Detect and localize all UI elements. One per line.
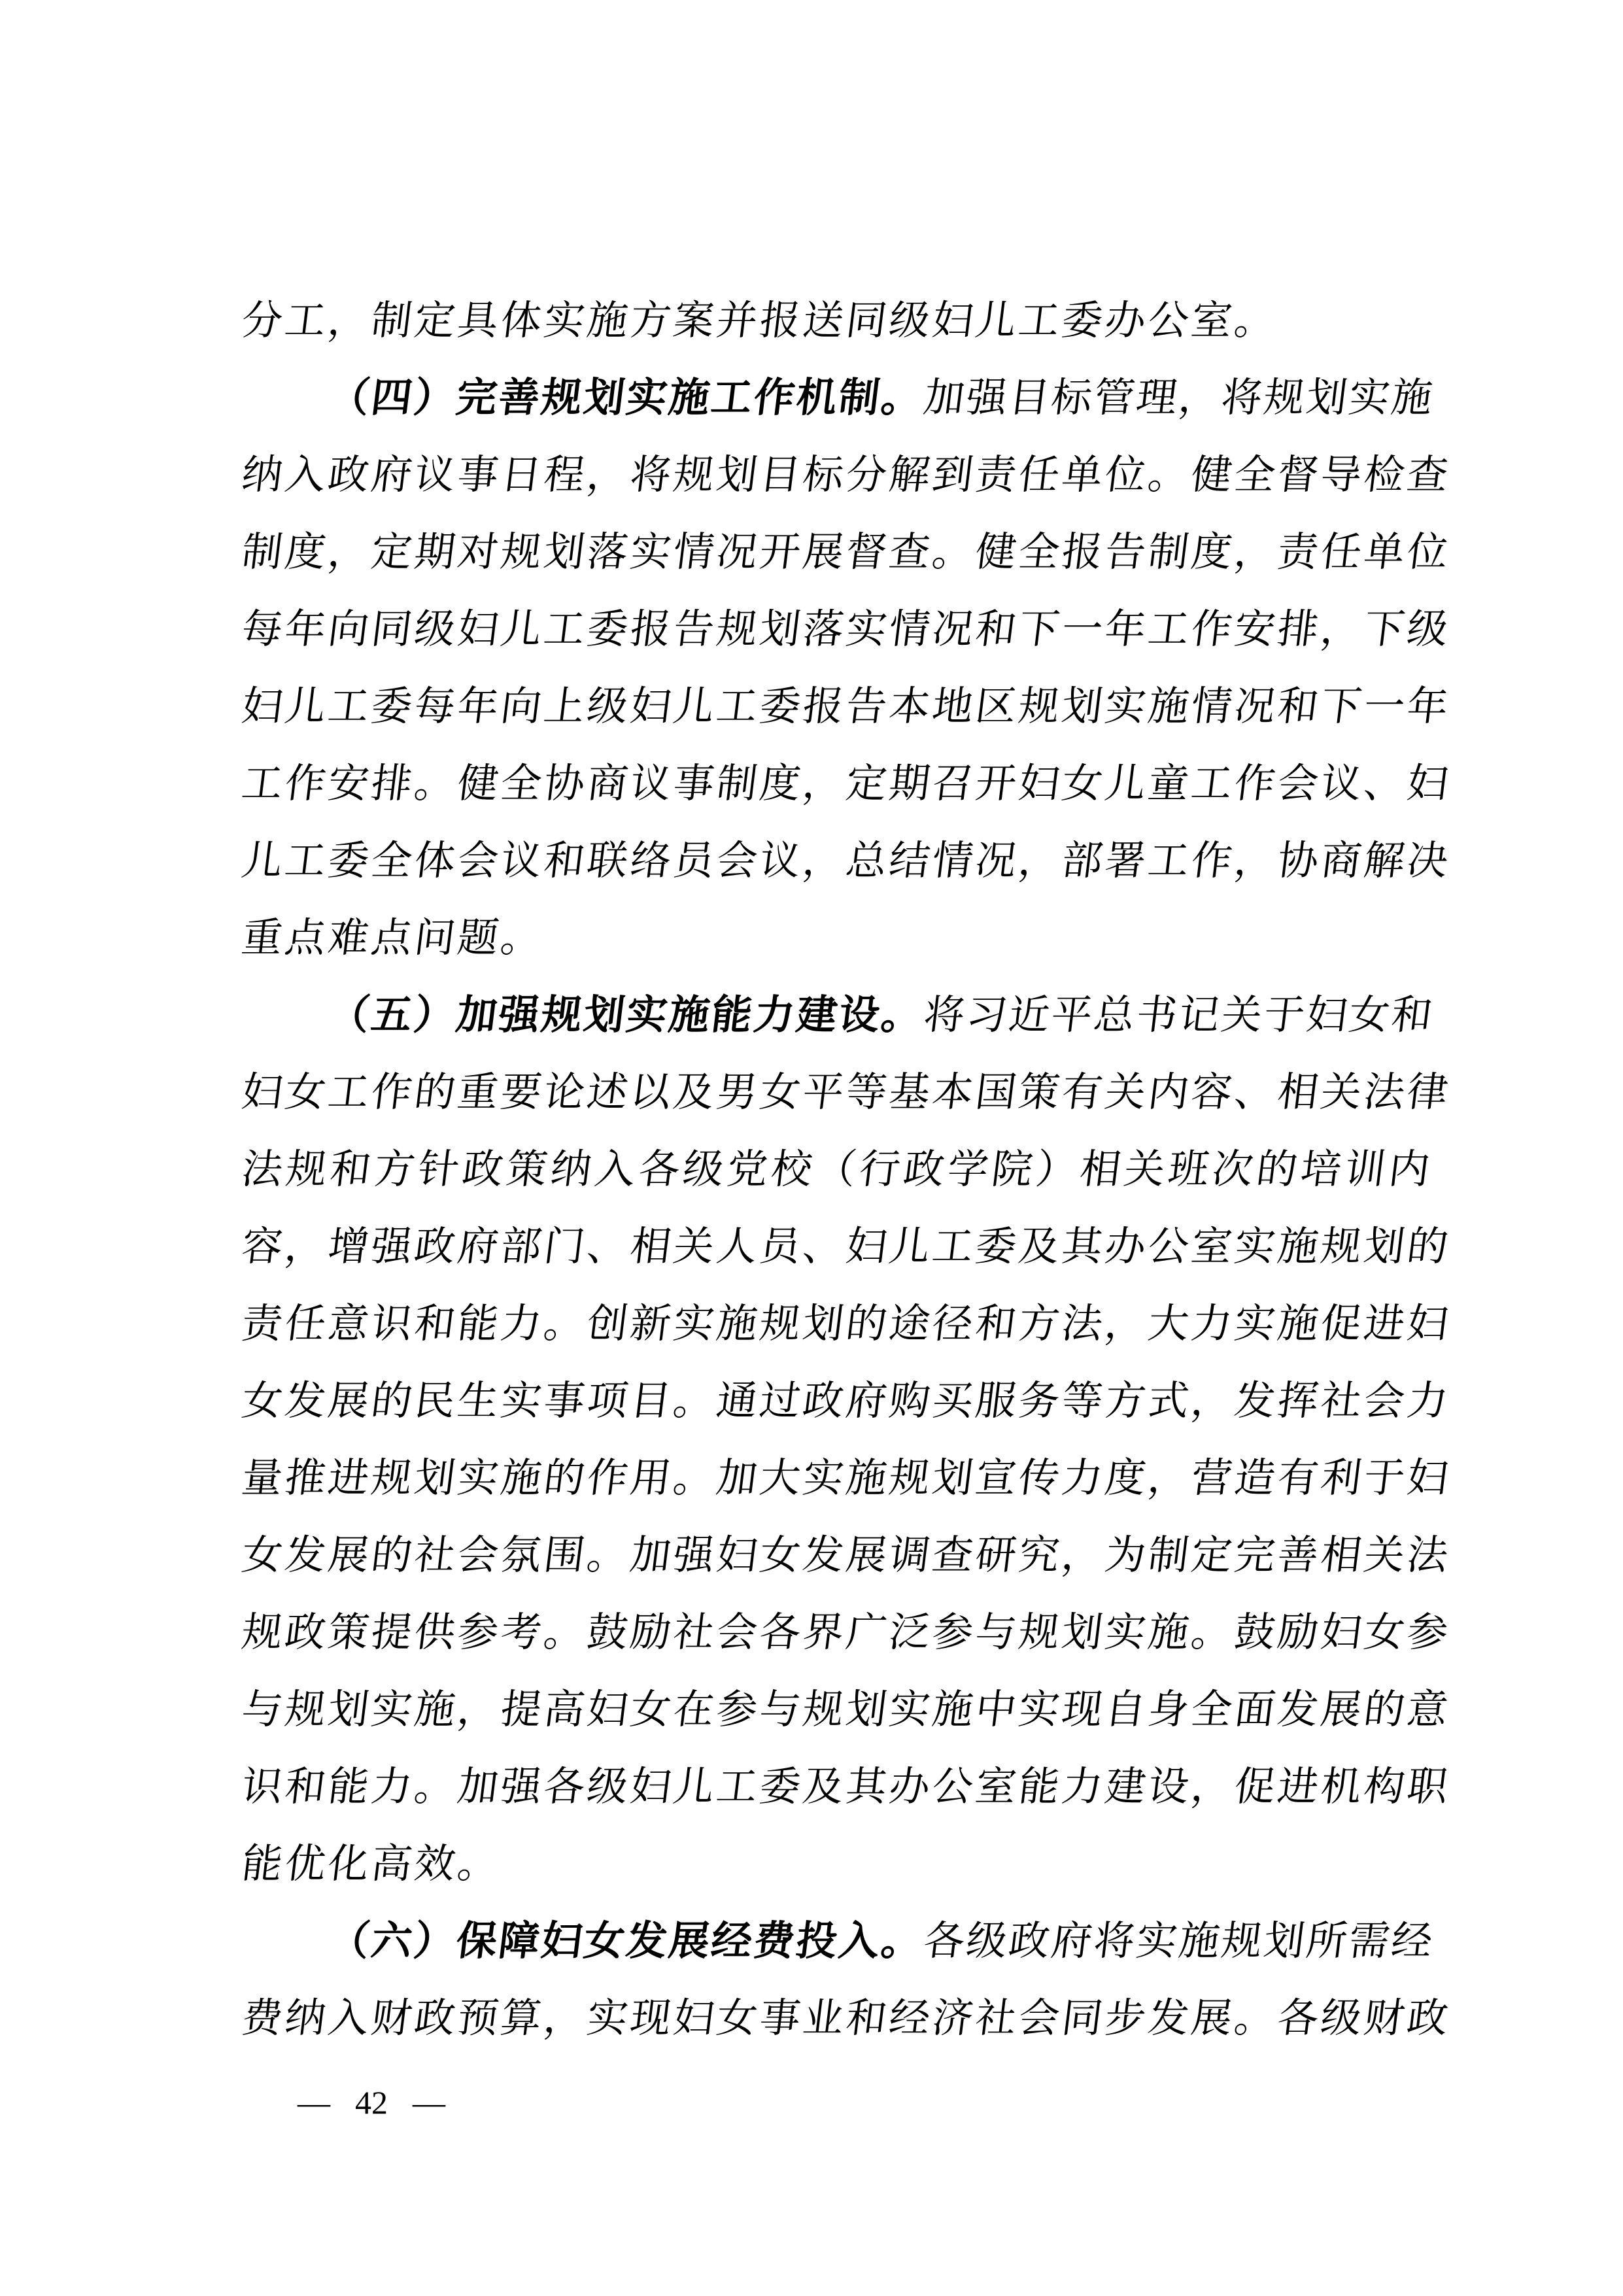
text-line: （五）加强规划实施能力建设。将习近平总书记关于妇女和 (237, 977, 1437, 1054)
line-text: 工作安排。健全协商议事制度，定期召开妇女儿童工作会议、妇 (239, 762, 1453, 806)
text-line: （四）完善规划实施工作机制。加强目标管理，将规划实施 (237, 360, 1437, 437)
line-text: 责任意识和能力。创新实施规划的途径和方法，大力实施促进妇 (239, 1302, 1453, 1346)
footer-dash-left: — (298, 2083, 330, 2122)
line-text: 各级政府将实施规划所需经 (921, 1919, 1435, 1964)
text-line: 责任意识和能力。创新实施规划的途径和方法，大力实施促进妇 (237, 1286, 1437, 1363)
document-page: 分工，制定具体实施方案并报送同级妇儿工委办公室。 （四）完善规划实施工作机制。加… (0, 0, 1623, 2296)
text-line: 识和能力。加强各级妇儿工委及其办公室能力建设，促进机构职 (237, 1749, 1437, 1826)
section-heading: （四）完善规划实施工作机制。 (326, 376, 927, 420)
line-text: 制度，定期对规划落实情况开展督查。健全报告制度，责任单位 (239, 530, 1453, 575)
text-line: 每年向同级妇儿工委报告规划落实情况和下一年工作安排，下级 (237, 591, 1437, 668)
line-text: 每年向同级妇儿工委报告规划落实情况和下一年工作安排，下级 (239, 608, 1453, 652)
text-line: 法规和方针政策纳入各级党校（行政学院）相关班次的培训内 (237, 1131, 1437, 1208)
text-line: 与规划实施，提高妇女在参与规划实施中实现自身全面发展的意 (237, 1671, 1437, 1749)
footer-dash-right: — (413, 2083, 445, 2122)
text-line: 容，增强政府部门、相关人员、妇儿工委及其办公室实施规划的 (237, 1208, 1437, 1286)
text-line: 费纳入财政预算，实现妇女事业和经济社会同步发展。各级财政 (237, 1980, 1437, 2057)
page-number: 42 (355, 2083, 388, 2122)
section-heading: （五）加强规划实施能力建设。 (326, 993, 927, 1038)
line-text: 妇女工作的重要论述以及男女平等基本国策有关内容、相关法律 (239, 1071, 1453, 1115)
line-text: 分工，制定具体实施方案并报送同级妇儿工委办公室。 (239, 299, 1280, 343)
line-text: 费纳入财政预算，实现妇女事业和经济社会同步发展。各级财政 (239, 1996, 1453, 2041)
text-line: 工作安排。健全协商议事制度，定期召开妇女儿童工作会议、妇 (237, 745, 1437, 823)
page-footer: — 42 — (298, 2083, 445, 2122)
text-line: 重点难点问题。 (237, 900, 1437, 977)
text-line: 女发展的社会氛围。加强妇女发展调查研究，为制定完善相关法 (237, 1517, 1437, 1594)
text-line: 规政策提供参考。鼓励社会各界广泛参与规划实施。鼓励妇女参 (237, 1594, 1437, 1671)
line-text: 重点难点问题。 (239, 916, 547, 961)
line-text: 儿工委全体会议和联络员会议，总结情况，部署工作，协商解决 (239, 839, 1453, 883)
text-line: 纳入政府议事日程，将规划目标分解到责任单位。健全督导检查 (237, 437, 1437, 514)
text-line: 妇女工作的重要论述以及男女平等基本国策有关内容、相关法律 (237, 1054, 1437, 1131)
text-line: 女发展的民生实事项目。通过政府购买服务等方式，发挥社会力 (237, 1363, 1437, 1440)
text-line: 能优化高效。 (237, 1826, 1437, 1903)
line-text: 妇儿工委每年向上级妇儿工委报告本地区规划实施情况和下一年 (239, 685, 1453, 729)
text-line: 分工，制定具体实施方案并报送同级妇儿工委办公室。 (237, 283, 1437, 360)
section-heading: （六）保障妇女发展经费投入。 (326, 1919, 927, 1964)
text-line: 妇儿工委每年向上级妇儿工委报告本地区规划实施情况和下一年 (237, 668, 1437, 745)
line-text: 加强目标管理，将规划实施 (921, 376, 1435, 420)
text-line: 儿工委全体会议和联络员会议，总结情况，部署工作，协商解决 (237, 823, 1437, 900)
line-text: 识和能力。加强各级妇儿工委及其办公室能力建设，促进机构职 (239, 1765, 1453, 1809)
line-text: 规政策提供参考。鼓励社会各界广泛参与规划实施。鼓励妇女参 (239, 1611, 1453, 1655)
document-body: 分工，制定具体实施方案并报送同级妇儿工委办公室。 （四）完善规划实施工作机制。加… (242, 283, 1432, 2057)
text-line: （六）保障妇女发展经费投入。各级政府将实施规划所需经 (237, 1903, 1437, 1980)
line-text: 量推进规划实施的作用。加大实施规划宣传力度，营造有利于妇 (239, 1456, 1453, 1501)
line-text: 法规和方针政策纳入各级党校（行政学院）相关班次的培训内 (239, 1148, 1435, 1192)
line-text: 纳入政府议事日程，将规划目标分解到责任单位。健全督导检查 (239, 453, 1453, 498)
text-line: 制度，定期对规划落实情况开展督查。健全报告制度，责任单位 (237, 514, 1437, 591)
line-text: 将习近平总书记关于妇女和 (921, 993, 1435, 1038)
line-text: 女发展的民生实事项目。通过政府购买服务等方式，发挥社会力 (239, 1379, 1453, 1424)
line-text: 容，增强政府部门、相关人员、妇儿工委及其办公室实施规划的 (239, 1225, 1453, 1269)
text-line: 量推进规划实施的作用。加大实施规划宣传力度，营造有利于妇 (237, 1440, 1437, 1517)
line-text: 能优化高效。 (239, 1842, 504, 1887)
line-text: 与规划实施，提高妇女在参与规划实施中实现自身全面发展的意 (239, 1688, 1453, 1732)
line-text: 女发展的社会氛围。加强妇女发展调查研究，为制定完善相关法 (239, 1534, 1453, 1578)
